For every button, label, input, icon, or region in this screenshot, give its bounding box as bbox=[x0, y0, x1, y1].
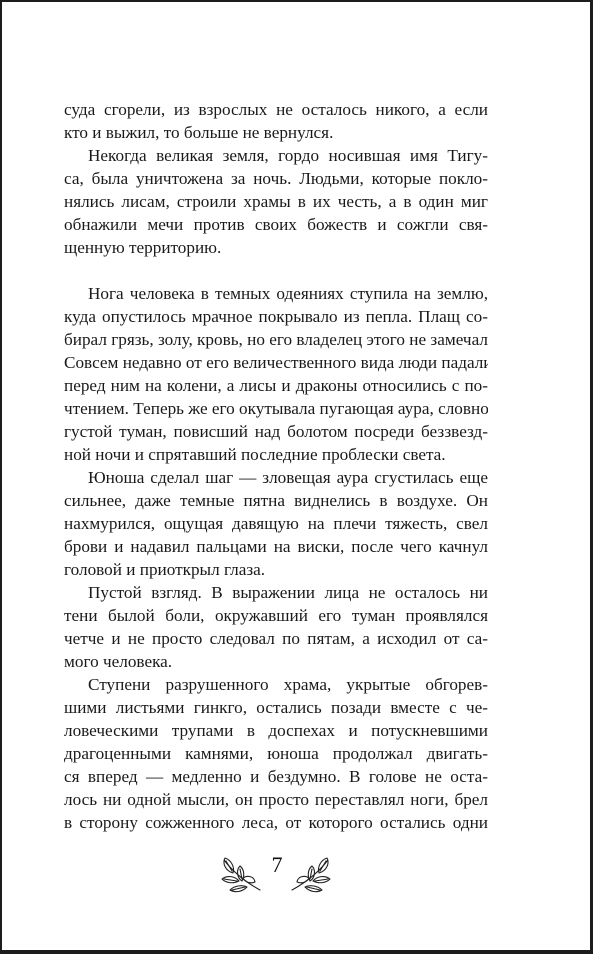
paragraph-line: перед ним на колени, а лисы и драконы от… bbox=[64, 374, 488, 397]
paragraph-line: нялись лисам, строили храмы в их честь, … bbox=[64, 190, 488, 213]
paragraph-line: лось ни одной мысли, он просто переставл… bbox=[64, 788, 488, 811]
paragraph-line: ся вперед — медленно и бездумно. В голов… bbox=[64, 765, 488, 788]
paragraph-line: головой и приоткрыл глаза. bbox=[64, 558, 488, 581]
section-break bbox=[64, 259, 488, 282]
paragraph-line: брови и надавил пальцами на виски, после… bbox=[64, 535, 488, 558]
paragraph-first-line: Ступени разрушенного храма, укрытые обго… bbox=[64, 673, 488, 696]
paragraph-first-line: Некогда великая земля, гордо носившая им… bbox=[64, 144, 488, 167]
book-page: суда сгорели, из взрослых не осталось ни… bbox=[2, 2, 590, 950]
paragraph-line: тени былой боли, окружавший его туман пр… bbox=[64, 604, 488, 627]
paragraph-line: ловеческими трупами в доспехах и потускн… bbox=[64, 719, 488, 742]
paragraph-line: мого человека. bbox=[64, 650, 488, 673]
paragraph-line: сильнее, даже темные пятна виднелись в в… bbox=[64, 489, 488, 512]
paragraph-line: обнажили мечи против своих божеств и сож… bbox=[64, 213, 488, 236]
paragraph-first-line: Нога человека в темных одеяниях ступила … bbox=[64, 282, 488, 305]
page-number: 7 bbox=[267, 852, 287, 878]
paragraph-line: Совсем недавно от его величественного ви… bbox=[64, 351, 488, 374]
paragraph-line: са, была уничтожена за ночь. Людьми, кот… bbox=[64, 167, 488, 190]
paragraph-line: драгоценными камнями, юноша продолжал дв… bbox=[64, 742, 488, 765]
page-footer: 7 bbox=[2, 850, 590, 898]
paragraph-line: бирал грязь, золу, кровь, но его владеле… bbox=[64, 328, 488, 351]
body-text: суда сгорели, из взрослых не осталось ни… bbox=[64, 98, 488, 834]
paragraph-line: кто и выжил, то больше не вернулся. bbox=[64, 121, 488, 144]
paragraph-first-line: Пустой взгляд. В выражении лица не остал… bbox=[64, 581, 488, 604]
paragraph-line: ной ночи и спрятавший последние проблеск… bbox=[64, 443, 488, 466]
paragraph-first-line: Юноша сделал шаг — зловещая аура сгустил… bbox=[64, 466, 488, 489]
paragraph-line: куда опустилось мрачное покрывало из пеп… bbox=[64, 305, 488, 328]
paragraph-line: в сторону сожженного леса, от которого о… bbox=[64, 811, 488, 834]
paragraph-line: чтением. Теперь же его окутывала пугающа… bbox=[64, 397, 488, 420]
paragraph-line: нахмурился, ощущая давящую на плечи тяже… bbox=[64, 512, 488, 535]
paragraph-first-line: суда сгорели, из взрослых не осталось ни… bbox=[64, 98, 488, 121]
paragraph-line: четче и не просто следовал по пятам, а и… bbox=[64, 627, 488, 650]
laurel-branch-left-icon bbox=[220, 854, 264, 896]
laurel-branch-right-icon bbox=[288, 854, 332, 896]
paragraph-line: густой туман, повисший над болотом посре… bbox=[64, 420, 488, 443]
paragraph-line: шими листьями гинкго, остались позади вм… bbox=[64, 696, 488, 719]
paragraph-line: щенную территорию. bbox=[64, 236, 488, 259]
